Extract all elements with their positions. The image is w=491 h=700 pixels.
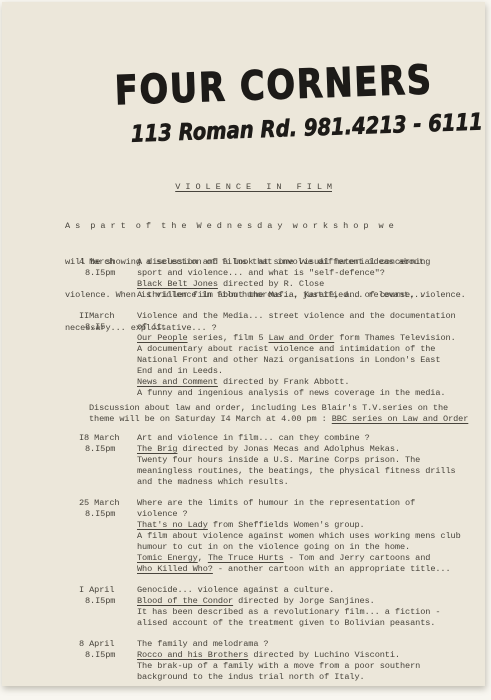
description-text: directed by Jonas Mecas and Adolphus Mek…	[177, 444, 400, 454]
description-text: Where are the limits of humour in the re…	[137, 498, 415, 508]
film-title: The Truce Hurts	[208, 553, 284, 563]
description-line: A documentary about racist violence and …	[137, 344, 469, 355]
entry-date-column: I8 March8.I5pm	[79, 433, 137, 488]
description-line: Where are the limits of humour in the re…	[137, 498, 469, 509]
description-line: Tomic Energy, The Truce Hurts - Tom and …	[137, 553, 469, 564]
film-title: Our People	[137, 333, 188, 343]
description-line: Genocide... violence against a culture.	[137, 585, 469, 596]
description-text: A discussion and a look at some visual m…	[137, 257, 430, 267]
description-line: background to the indus trial north of I…	[137, 672, 469, 683]
entry-time: 8.I5pm	[79, 596, 137, 607]
entry-date-column: I April8.I5pm	[79, 585, 137, 629]
program-entry: I8 March8.I5pmArt and violence in film..…	[79, 433, 469, 488]
entry-date: 25 March	[79, 498, 137, 509]
description-text: from Sheffields Women's group.	[208, 520, 365, 530]
description-line: Our People series, film 5 Law and Order …	[137, 333, 469, 344]
description-line: of it.	[137, 322, 469, 333]
description-text: Violence and the Media... street violenc…	[137, 311, 456, 321]
description-text: It has been described as a revolutionary…	[137, 607, 440, 617]
description-line: The brak-up of a family with a move from…	[137, 661, 469, 672]
description-line: and the madness which results.	[137, 477, 469, 488]
film-title: Black Belt Jones	[137, 279, 218, 289]
program-entry: I April8.I5pmGenocide... violence agains…	[79, 585, 469, 629]
description-text: End and in Leeds.	[137, 366, 223, 376]
description-text: sport and violence... and what is "self-…	[137, 268, 385, 278]
film-title: Law and Order	[269, 333, 335, 343]
entry-time: 8.I5pm	[79, 509, 137, 520]
description-line: Blood of the Condor directed by Jorge Sa…	[137, 596, 469, 607]
description-line: humour to cut in on the violence going o…	[137, 542, 469, 553]
description-line: That's no Lady from Sheffields Women's g…	[137, 520, 469, 531]
program-entry: 8 April8.I5pmThe family and melodrama ?R…	[79, 639, 469, 683]
program-entry: 25 March8.I5pmWhere are the limits of hu…	[79, 498, 469, 575]
description-text: violence ?	[137, 509, 188, 519]
film-title: Who Killed Who?	[137, 564, 213, 574]
film-title: Tomic Energy	[137, 553, 198, 563]
description-text: directed by R. Close	[218, 279, 324, 289]
description-line: A thriller film about the Mafia, Karate,…	[137, 290, 469, 301]
entry-description: Genocide... violence against a culture.B…	[137, 585, 469, 629]
description-line: Twenty four hours inside a U.S. Marine C…	[137, 455, 469, 466]
entry-description: Art and violence in film... can they com…	[137, 433, 469, 488]
description-line: meaningless routines, the beatings, the …	[137, 466, 469, 477]
description-text: A documentary about racist violence and …	[137, 344, 435, 354]
description-line: A funny and ingenious analysis of news c…	[137, 388, 469, 399]
description-text: Art and violence in film... can they com…	[137, 433, 370, 443]
description-text: directed by Luchino Visconti.	[248, 650, 400, 660]
description-text: alised account of the treatment given to…	[137, 618, 435, 628]
description-text: directed by Jorge Sanjines.	[233, 596, 375, 606]
description-line: End and in Leeds.	[137, 366, 469, 377]
entry-date: I8 March	[79, 433, 137, 444]
entry-description: The family and melodrama ?Rocco and his …	[137, 639, 469, 683]
description-line: Art and violence in film... can they com…	[137, 433, 469, 444]
entry-time: 8.I5	[79, 322, 137, 333]
description-line: It has been described as a revolutionary…	[137, 607, 469, 618]
entry-date: 4 March	[79, 257, 137, 268]
description-text: series, film 5	[188, 333, 269, 343]
entry-description: Violence and the Media... street violenc…	[137, 311, 469, 399]
description-text: National Front and other Nazi organisati…	[137, 355, 440, 365]
description-line: A film about violence against women whic…	[137, 531, 469, 542]
description-line: The Brig directed by Jonas Mecas and Ado…	[137, 444, 469, 455]
description-text: and the madness which results.	[137, 477, 289, 487]
description-line: Rocco and his Brothers directed by Luchi…	[137, 650, 469, 661]
film-title: The Brig	[137, 444, 177, 454]
entry-description: Where are the limits of humour in the re…	[137, 498, 469, 575]
schedule-note: Discussion about law and order, includin…	[89, 403, 469, 425]
entry-time: 8.I5pm	[79, 268, 137, 279]
description-text: Discussion about law and order, includin…	[89, 403, 448, 413]
description-line: Violence and the Media... street violenc…	[137, 311, 469, 322]
program-entry: 4 March8.I5pmA discussion and a look at …	[79, 257, 469, 301]
description-text: theme will be on Saturday I4 March at 4.…	[89, 414, 332, 424]
entry-date: 8 April	[79, 639, 137, 650]
description-line: A discussion and a look at some visual m…	[137, 257, 469, 268]
description-line: alised account of the treatment given to…	[137, 618, 469, 629]
program-list: 4 March8.I5pmA discussion and a look at …	[79, 257, 469, 693]
description-line: Black Belt Jones directed by R. Close	[137, 279, 469, 290]
film-title: Blood of the Condor	[137, 596, 233, 606]
logo: FOUR CORNERS 113 Roman Rd. 981.4213 - 61…	[105, 54, 490, 164]
logo-name: FOUR CORNERS	[114, 57, 433, 114]
description-text: meaningless routines, the beatings, the …	[137, 466, 456, 476]
description-text: - Tom and Jerry cartoons and	[284, 553, 431, 563]
description-text: background to the indus trial north of I…	[137, 672, 365, 682]
description-line: National Front and other Nazi organisati…	[137, 355, 469, 366]
film-title: BBC series on Law and Order	[332, 414, 469, 424]
entry-time: 8.I5pm	[79, 444, 137, 455]
description-text: Genocide... violence against a culture.	[137, 585, 334, 595]
entry-date-column: 4 March8.I5pm	[79, 257, 137, 301]
page-title-text: V I O L E N C E I N F I L M	[175, 182, 332, 192]
entry-date-column: 25 March8.I5pm	[79, 498, 137, 575]
description-line: The family and melodrama ?	[137, 639, 469, 650]
description-line: Discussion about law and order, includin…	[89, 403, 469, 414]
program-entry: IIMarch8.I5Violence and the Media... str…	[79, 311, 469, 399]
description-text: A film about violence against women whic…	[137, 531, 461, 541]
entry-description: A discussion and a look at some visual m…	[137, 257, 469, 301]
description-line: violence ?	[137, 509, 469, 520]
description-text: A funny and ingenious analysis of news c…	[137, 388, 445, 398]
film-title: Rocco and his Brothers	[137, 650, 248, 660]
description-text: The brak-up of a family with a move from…	[137, 661, 420, 671]
description-text: directed by Frank Abbott.	[218, 377, 350, 387]
description-text: The family and melodrama ?	[137, 639, 269, 649]
intro-lead-line: A s p a r t o f t h e W e d n e s d a y …	[65, 221, 424, 232]
entry-date-column: IIMarch8.I5	[79, 311, 137, 399]
entry-time: 8.I5pm	[79, 650, 137, 661]
description-line: sport and violence... and what is "self-…	[137, 268, 469, 279]
paper: FOUR CORNERS 113 Roman Rd. 981.4213 - 61…	[2, 2, 485, 686]
description-line: News and Comment directed by Frank Abbot…	[137, 377, 469, 388]
description-line: Who Killed Who? - another cartoon with a…	[137, 564, 469, 575]
description-text: humour to cut in on the violence going o…	[137, 542, 410, 552]
film-title: News and Comment	[137, 377, 218, 387]
description-text: A thriller film about the Mafia, Karate,…	[137, 290, 466, 300]
description-line: theme will be on Saturday I4 March at 4.…	[89, 414, 469, 425]
description-text: form Thames Television.	[334, 333, 455, 343]
description-text: ,	[198, 553, 208, 563]
description-text: Twenty four hours inside a U.S. Marine C…	[137, 455, 420, 465]
entry-date: IIMarch	[79, 311, 137, 322]
film-title: That's no Lady	[137, 520, 208, 530]
entry-date-column: 8 April8.I5pm	[79, 639, 137, 683]
logo-handwriting: FOUR CORNERS 113 Roman Rd. 981.4213 - 61…	[105, 54, 490, 164]
entry-date: I April	[79, 585, 137, 596]
scanned-flyer: { "page": { "paper_color": "#ece7da", "t…	[0, 0, 491, 700]
description-text: of it.	[137, 322, 167, 332]
logo-address: 113 Roman Rd. 981.4213 - 6111	[131, 109, 484, 147]
description-text: - another cartoon with an appropriate ti…	[213, 564, 451, 574]
